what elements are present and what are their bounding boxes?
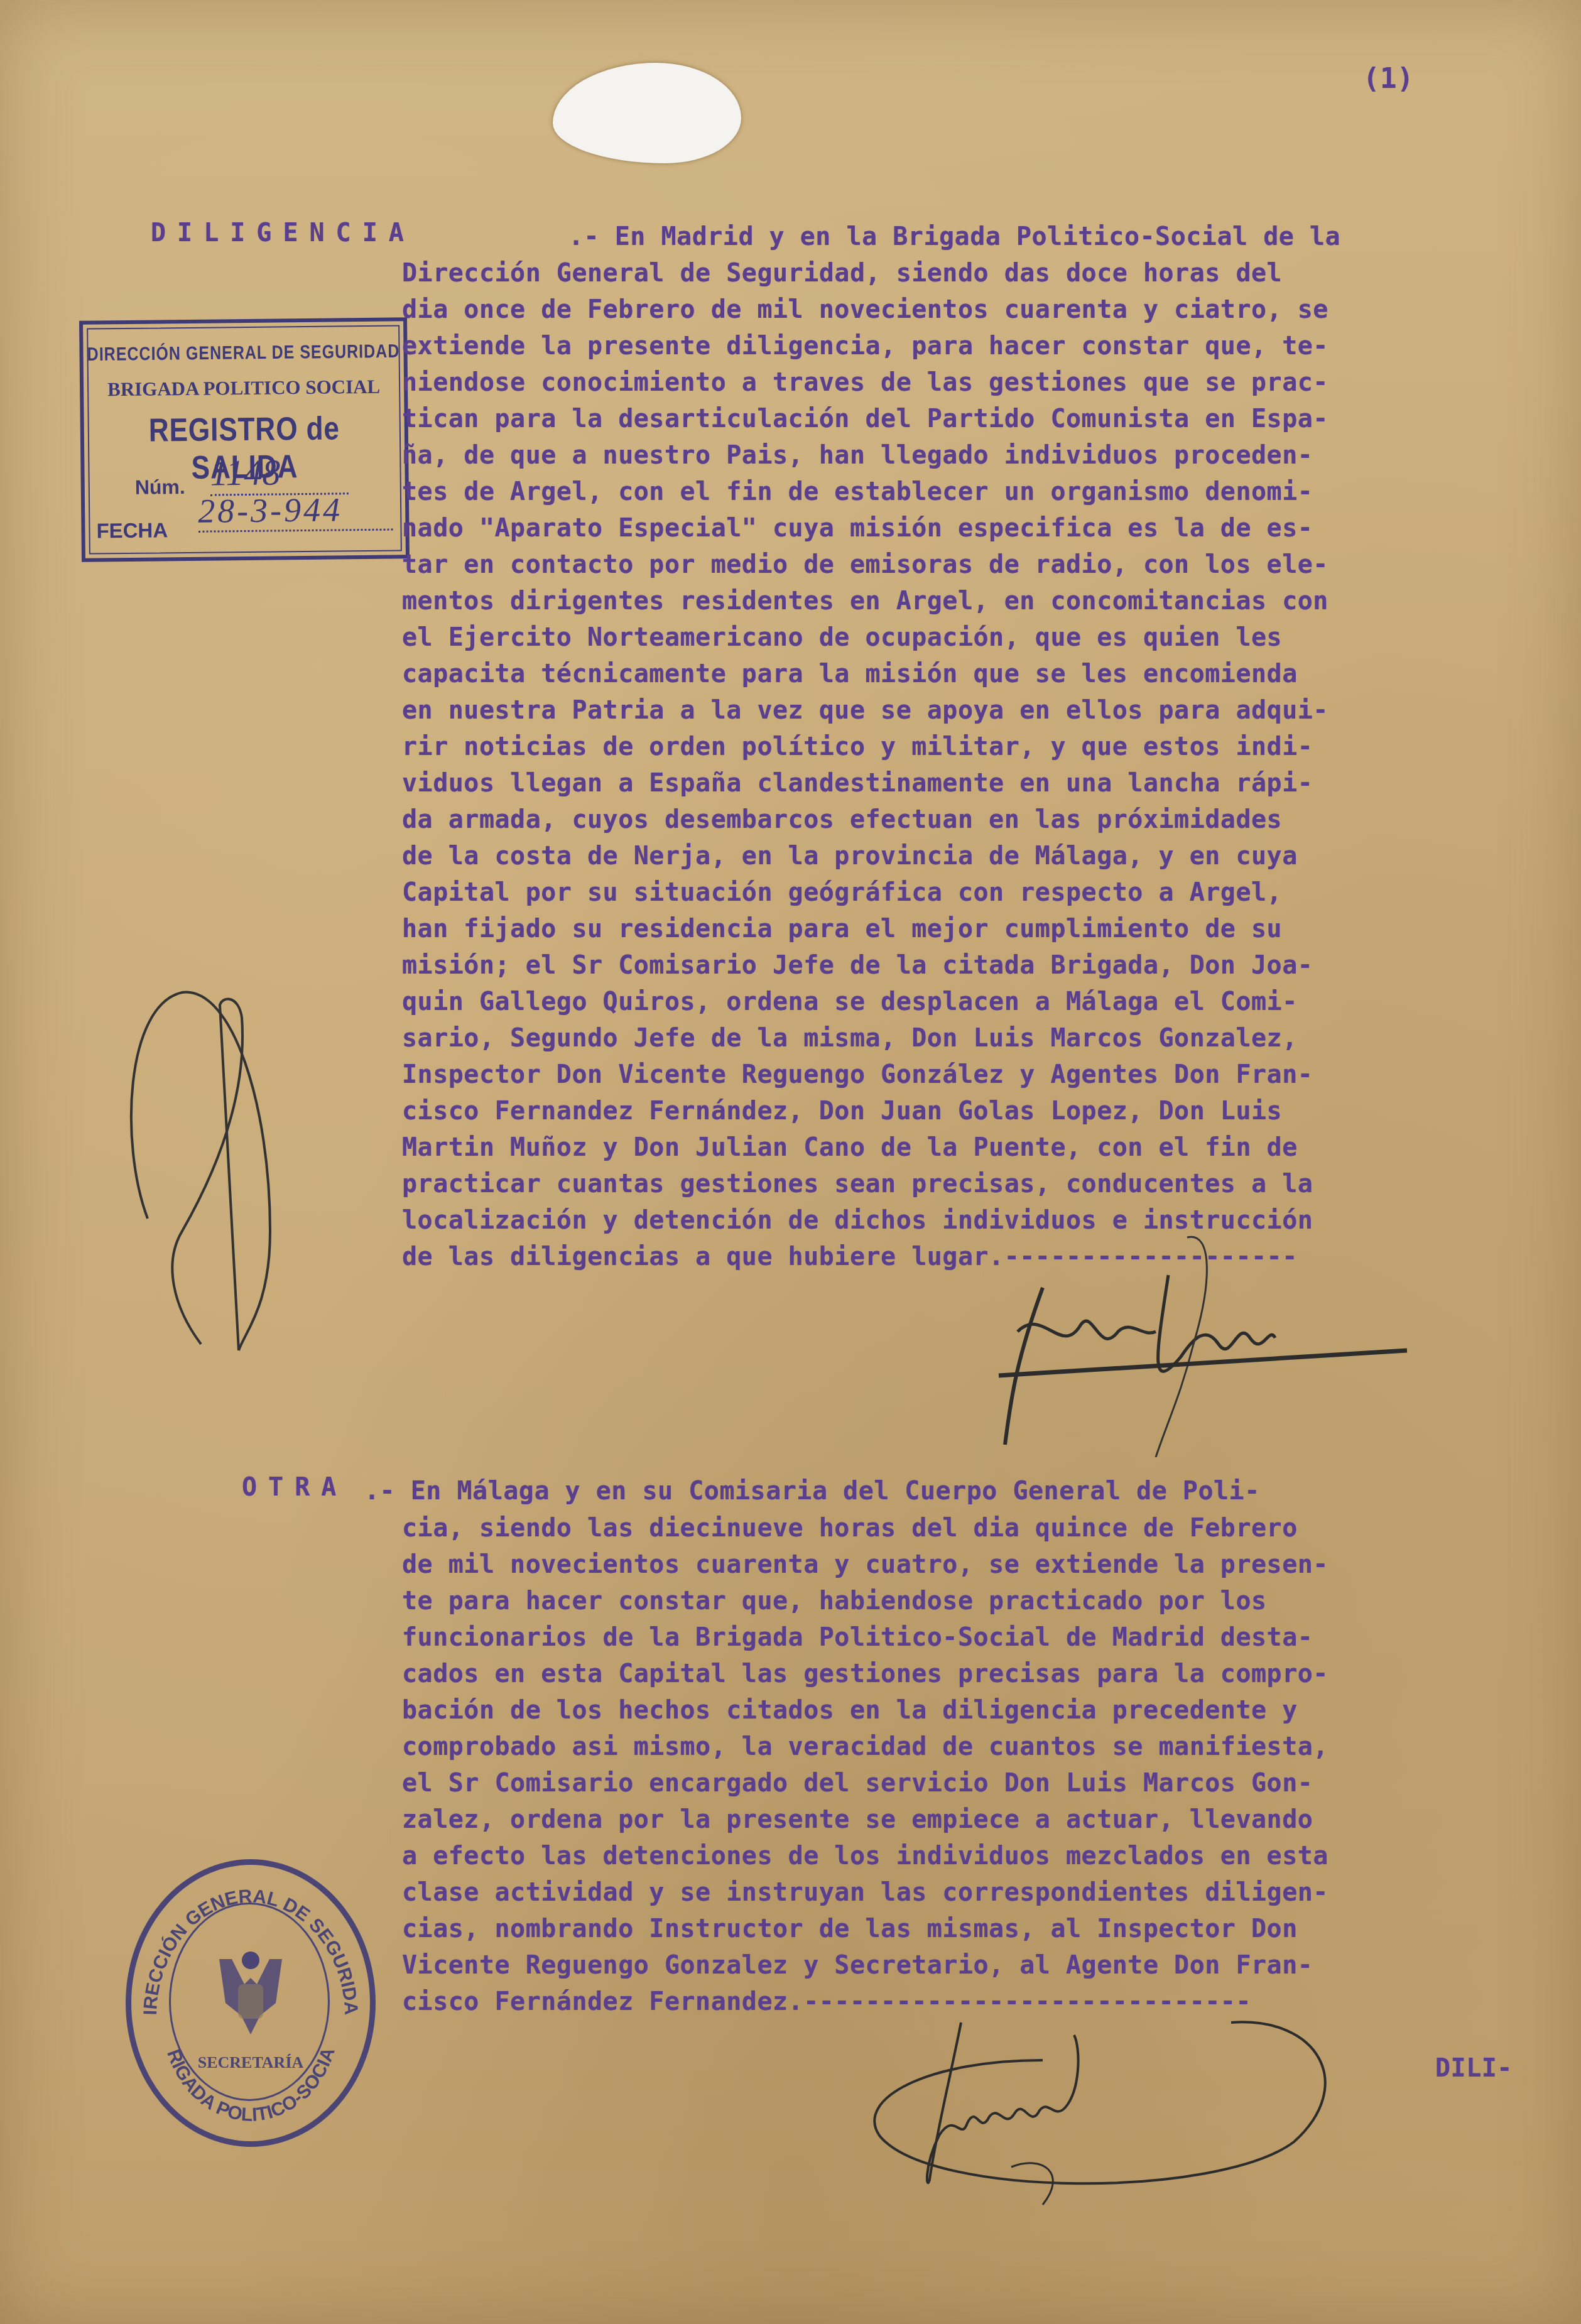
stamp-num-label: Núm. [135, 475, 185, 499]
stamp-num-value: 1148 [210, 450, 349, 496]
page-number: (1) [1363, 63, 1414, 95]
otra-line: cados en esta Capital las gestiones prec… [402, 1656, 1328, 1692]
diligencia-line: practicar cuantas gestiones sean precisa… [402, 1166, 1328, 1202]
diligencia-line: rir noticias de orden político y militar… [402, 729, 1328, 765]
stamp-fecha-value: 28-3-944 [198, 490, 393, 533]
diligencia-line: mentos dirigentes residentes en Argel, e… [402, 583, 1328, 619]
oval-seal: DIRECCIÓN GENERAL DE SEGURIDAD BRIGADA P… [126, 1859, 376, 2147]
otra-line: Vicente Reguengo Gonzalez y Secretario, … [402, 1947, 1328, 1984]
signature-1-icon [942, 1231, 1432, 1457]
stamp-line-1: DIRECCIÓN GENERAL DE SEGURIDAD [83, 340, 403, 366]
diligencia-line: da armada, cuyos desembarcos efectuan en… [402, 801, 1328, 838]
diligencia-line: de la costa de Nerja, en la provincia de… [402, 838, 1328, 874]
otra-line: cias, nombrando Instructor de las mismas… [402, 1911, 1328, 1947]
diligencia-line: extiende la presente diligencia, para ha… [402, 328, 1328, 364]
diligencia-line: tican para la desarticulación del Partid… [402, 401, 1328, 437]
otra-line: comprobado asi mismo, la veracidad de cu… [402, 1729, 1328, 1765]
diligencia-line: en nuestra Patria a la vez que se apoya … [402, 692, 1328, 729]
diligencia-line: tes de Argel, con el fin de establecer u… [402, 474, 1328, 510]
otra-line: te para hacer constar que, habiendose pr… [402, 1583, 1328, 1619]
margin-signature-icon [113, 980, 276, 1357]
diligencia-line: ña, de que a nuestro Pais, han llegado i… [402, 437, 1328, 474]
otra-line: zalez, ordena por la presente se empiece… [402, 1801, 1328, 1838]
otra-line: bación de los hechos citados en la dilig… [402, 1692, 1328, 1729]
diligencia-line: Capital por su situación geógráfica con … [402, 874, 1328, 911]
stamp-line-2: BRIGADA POLITICO SOCIAL [84, 375, 404, 401]
continuation-text: DILI- [1435, 2054, 1513, 2083]
otra-line: cia, siendo las diecinueve horas del dia… [402, 1510, 1328, 1546]
diligencia-line: sario, Segundo Jefe de la misma, Don Lui… [402, 1020, 1328, 1056]
diligencia-line: tar en contacto por medio de emisoras de… [402, 546, 1328, 583]
stamp-fecha-label: FECHA [96, 518, 168, 543]
diligencia-line: capacita técnicamente para la misión que… [402, 656, 1328, 692]
signature-2-icon [854, 2010, 1420, 2211]
diligencia-label: DILIGENCIA [151, 219, 415, 247]
diligencia-line: dia once de Febrero de mil novecientos c… [402, 291, 1328, 328]
otra-body: cia, siendo las diecinueve horas del dia… [402, 1510, 1328, 2020]
otra-line: a efecto las detenciones de los individu… [402, 1838, 1328, 1874]
diligencia-line: Inspector Don Vicente Reguengo González … [402, 1056, 1328, 1093]
diligencia-line: misión; el Sr Comisario Jefe de la citad… [402, 947, 1328, 984]
diligencia-line: el Ejercito Norteamericano de ocupación,… [402, 619, 1328, 656]
diligencia-line: .- En Madrid y en la Brigada Politico-So… [568, 219, 1340, 255]
diligencia-line: viduos llegan a España clandestinamente … [402, 765, 1328, 801]
otra-line: .- En Málaga y en su Comisaria del Cuerp… [364, 1473, 1260, 1509]
diligencia-line: niendose conocimiento a traves de las ge… [402, 364, 1328, 401]
registry-stamp: DIRECCIÓN GENERAL DE SEGURIDAD BRIGADA P… [79, 317, 410, 562]
seal-center-text: SECRETARÍA [131, 2053, 370, 2072]
otra-line: de mil novecientos cuarenta y cuatro, se… [402, 1546, 1328, 1583]
diligencia-line: quin Gallego Quiros, ordena se desplacen… [402, 984, 1328, 1020]
diligencia-body: Dirección General de Seguridad, siendo d… [402, 255, 1328, 1275]
diligencia-line: han fijado su residencia para el mejor c… [402, 911, 1328, 947]
diligencia-line: cisco Fernandez Fernández, Don Juan Gola… [402, 1093, 1328, 1129]
eagle-emblem-icon [213, 1947, 288, 2047]
document-page: (1) DIRECCIÓN GENERAL DE SEGURIDAD BRIGA… [0, 0, 1581, 2324]
diligencia-line: nado "Aparato Especial" cuya misión espe… [402, 510, 1328, 546]
diligencia-line: Martin Muñoz y Don Julian Cano de la Pue… [402, 1129, 1328, 1166]
otra-label: OTRA [242, 1473, 347, 1502]
otra-line: clase actividad y se instruyan las corre… [402, 1874, 1328, 1911]
diligencia-line: Dirección General de Seguridad, siendo d… [402, 255, 1328, 291]
otra-line: el Sr Comisario encargado del servicio D… [402, 1765, 1328, 1801]
otra-line: funcionarios de la Brigada Politico-Soci… [402, 1619, 1328, 1656]
